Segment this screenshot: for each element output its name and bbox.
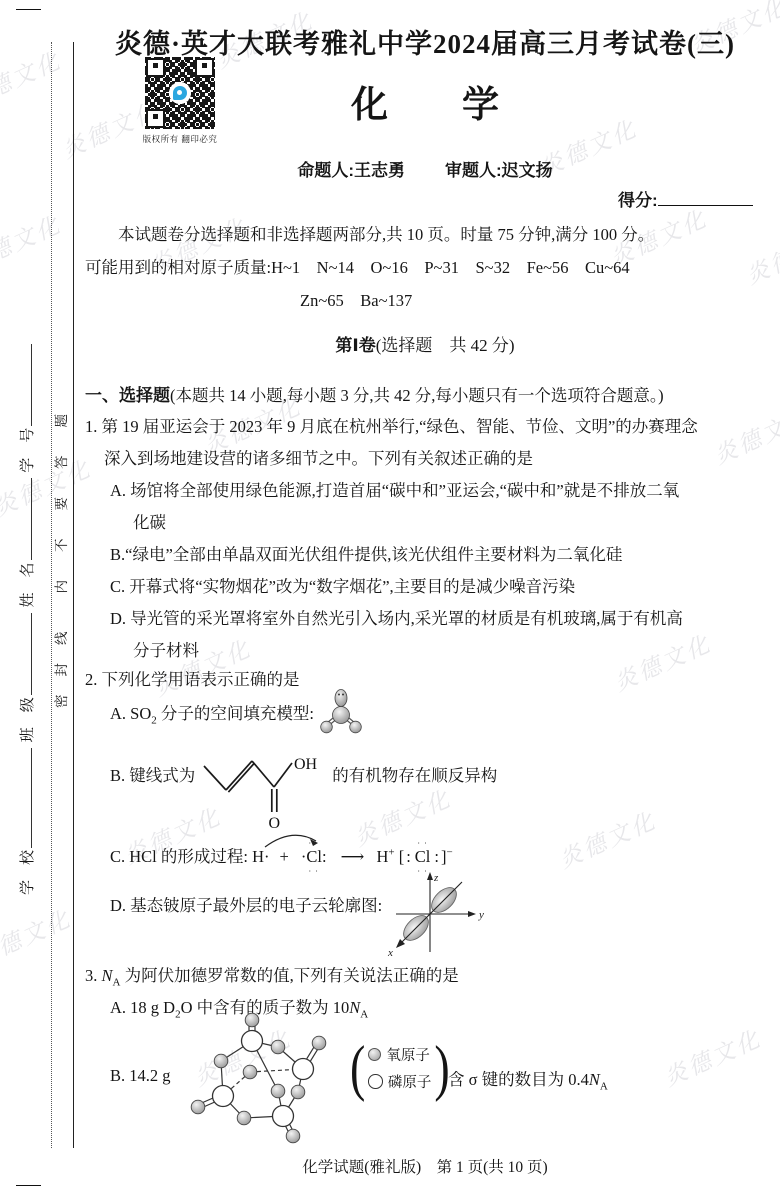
field-class-label: 班 级	[20, 697, 36, 742]
q1-line2: 深入到场地建设营的诸多细节之中。下列有关叙述正确的是	[104, 445, 533, 469]
cl-ion-charge: −	[446, 847, 452, 859]
h-ion: H	[376, 847, 388, 866]
field-school-blank	[16, 748, 32, 848]
field-number-blank	[16, 344, 32, 426]
carbonyl-o-label: O	[269, 815, 281, 832]
q1-option-c: C. 开幕式将“实物烟花”改为“数字烟花”,主要目的是减少噪音污染	[110, 573, 575, 597]
q2-a-pre: A. SO	[110, 704, 151, 723]
page-footer: 化学试题(雅礼版) 第 1 页(共 10 页)	[85, 1155, 765, 1177]
q2-c-pre: C. HCl 的形成过程:	[110, 847, 248, 866]
q2-option-c: C. HCl 的形成过程: H·+· ··Cl:· · ⟶ H+ [:· ·Cl…	[110, 843, 453, 867]
q2-stem: 2. 下列化学用语表示正确的是	[85, 666, 300, 690]
corner-mark-top	[16, 9, 41, 10]
corner-mark-bottom	[16, 1185, 41, 1186]
q2-option-b: B. 键线式为 OH O 的有机物存在顺反异构	[110, 750, 497, 832]
q3-b-post-text: 含 σ 键的数目为 0.4	[448, 1070, 589, 1089]
cl-ion-right-colon: :	[434, 847, 439, 866]
q3-stem: 3. NA 为阿伏加德罗常数的值,下列有关说法正确的是	[85, 962, 459, 988]
avogadro-n: N	[102, 966, 113, 985]
q2-b-pre: B. 键线式为	[110, 750, 195, 786]
watermark: 炎德文化	[658, 1020, 766, 1092]
watermark: 炎德文化	[708, 398, 780, 470]
so2-model-image	[318, 688, 364, 740]
q2-option-a-text: A. SO2 分子的空间填充模型:	[110, 688, 314, 726]
oxygen-label: 氧原子	[386, 1044, 430, 1065]
q2-b-post: 的有机物存在顺反异构	[332, 750, 497, 786]
seal-text-2: 内不要答题	[54, 386, 69, 594]
field-name-blank	[16, 478, 32, 560]
q1-option-d-cont: 分子材料	[133, 637, 199, 661]
q3-option-b-post: 含 σ 键的数目为 0.4NA	[448, 1066, 608, 1092]
watermark: 炎德文化	[0, 42, 66, 114]
q3-b-n: N	[589, 1070, 600, 1089]
score-blank	[658, 187, 753, 206]
q2-option-a: A. SO2 分子的空间填充模型:	[110, 688, 364, 740]
q3-option-b-pre: B. 14.2 g	[110, 1066, 171, 1086]
field-class-blank	[16, 613, 32, 695]
legend-phosphorus-row: 磷原子	[368, 1071, 431, 1092]
q1-line1: 1. 第 19 届亚运会于 2023 年 9 月底在杭州举行,“绿色、智能、节俭…	[85, 413, 698, 437]
qr-caption: 版权所有 翻印必究	[138, 133, 222, 145]
seal-text-1: 密封线	[54, 614, 69, 709]
section1-heading-rest: (本题共 14 小题,每小题 3 分,共 42 分,每小题只有一个选项符合题意。…	[170, 386, 664, 405]
subject-title: 化学	[85, 74, 765, 128]
q1-option-b: B.“绿电”全部由单晶双面光伏组件提供,该光伏组件主要材料为二氧化硅	[110, 541, 622, 565]
student-info-fields: 学 校 班 级 姓 名 学 号	[16, 295, 38, 895]
q3-num: 3.	[85, 966, 97, 985]
exam-title: 炎德·英才大联考雅礼中学2024届高三月考试卷(三)	[85, 22, 765, 61]
reaction-arrow-icon: ⟶	[341, 847, 365, 866]
q2-a-rest: 分子的空间填充模型:	[157, 704, 314, 723]
legend-paren-left: (	[350, 1028, 365, 1109]
legend-rows: 氧原子 磷原子	[368, 1044, 431, 1092]
skeletal-formula-image: OH O	[201, 750, 326, 832]
electron-cloud-diagram: z y x	[384, 866, 488, 958]
phosphorus-label: 磷原子	[388, 1071, 432, 1092]
watermark: 炎德文化	[0, 450, 96, 522]
part1-title-main: 第Ⅰ卷	[335, 336, 375, 355]
score-label: 得分:	[618, 191, 658, 210]
section1-heading-main: 一、选择题	[85, 386, 170, 405]
part1-title-rest: (选择题 共 42 分)	[376, 336, 515, 355]
cl-ion-left-colon: :	[406, 847, 411, 866]
left-bracket: [	[399, 847, 405, 866]
cl-ion: · ·Cl· ·	[413, 847, 433, 867]
part1-title: 第Ⅰ卷(选择题 共 42 分)	[85, 331, 765, 356]
q3-a-nsub: A	[360, 1008, 368, 1020]
qr-finder-dot	[153, 63, 158, 68]
atomic-masses-line1: 可能用到的相对原子质量:H~1 N~14 O~16 P~31 S~32 Fe~5…	[85, 254, 630, 278]
q3-b-nsub: A	[600, 1080, 608, 1092]
oh-label: OH	[294, 756, 318, 773]
exam-page: { "watermark": {"text": "炎德文化"}, "margin…	[0, 0, 780, 1192]
q1-option-a-cont: 化碳	[133, 509, 166, 533]
watermark: 炎德文化	[608, 625, 716, 697]
watermark: 炎德文化	[0, 206, 66, 278]
q3-a-n: N	[349, 998, 360, 1017]
q1-option-d: D. 导光管的采光罩将室外自然光引入场内,采光罩的材质是有机玻璃,属于有机高	[110, 605, 683, 629]
field-name-label: 姓 名	[20, 562, 36, 607]
cl-ion-symbol: Cl	[415, 847, 431, 866]
seal-line-caption: 密封线内不要答题	[50, 398, 68, 708]
electron-transfer-arrow-icon	[262, 832, 324, 850]
oxygen-atom-icon	[368, 1048, 381, 1061]
score-line: 得分:	[618, 186, 753, 211]
legend-oxygen-row: 氧原子	[368, 1044, 431, 1065]
atom-legend: ( 氧原子 磷原子 )	[350, 1038, 450, 1098]
phosphorus-atom-icon	[368, 1074, 383, 1089]
p4o10-cage-image	[188, 1008, 346, 1150]
setter-label: 命题人:王志勇	[297, 161, 405, 180]
exam-summary: 本试题卷分选择题和非选择题两部分,共 10 页。时量 75 分钟,满分 100 …	[85, 221, 762, 245]
authors-line: 命题人:王志勇审题人:迟文扬	[85, 156, 765, 181]
qr-finder-dot	[202, 63, 207, 68]
cl-atom: · ··Cl:· ·	[299, 847, 329, 867]
axis-x-label: x	[387, 947, 393, 958]
field-school-label: 学 校	[20, 850, 36, 895]
electron-pair-top: · ·	[417, 839, 427, 848]
watermark: 炎德文化	[553, 802, 661, 874]
atomic-masses-line2: Zn~65 Ba~137	[300, 287, 412, 311]
watermark: 炎德文化	[0, 900, 76, 972]
q3-a-pre: A. 18 g D	[110, 998, 175, 1017]
q1-option-a: A. 场馆将全部使用绿色能源,打造首届“碳中和”亚运会,“碳中和”就是不排放二氧	[110, 477, 679, 501]
q3-stem-rest: 为阿伏加德罗常数的值,下列有关说法正确的是	[120, 966, 458, 985]
h-ion-charge: +	[388, 847, 394, 859]
axis-z-label: z	[433, 872, 439, 884]
axis-y-label: y	[478, 909, 484, 921]
section1-heading: 一、选择题(本题共 14 小题,每小题 3 分,共 42 分,每小题只有一个选项…	[85, 381, 664, 406]
q2-option-d: D. 基态铍原子最外层的电子云轮廓图: z y x	[110, 866, 488, 958]
q2-d-pre: D. 基态铍原子最外层的电子云轮廓图:	[110, 866, 382, 916]
content-border-line	[73, 42, 74, 1148]
lewis-left-side: H·+· ··Cl:· ·	[252, 847, 328, 867]
reviewer-label: 审题人:迟文扬	[445, 161, 553, 180]
field-number-label: 学 号	[20, 428, 36, 473]
